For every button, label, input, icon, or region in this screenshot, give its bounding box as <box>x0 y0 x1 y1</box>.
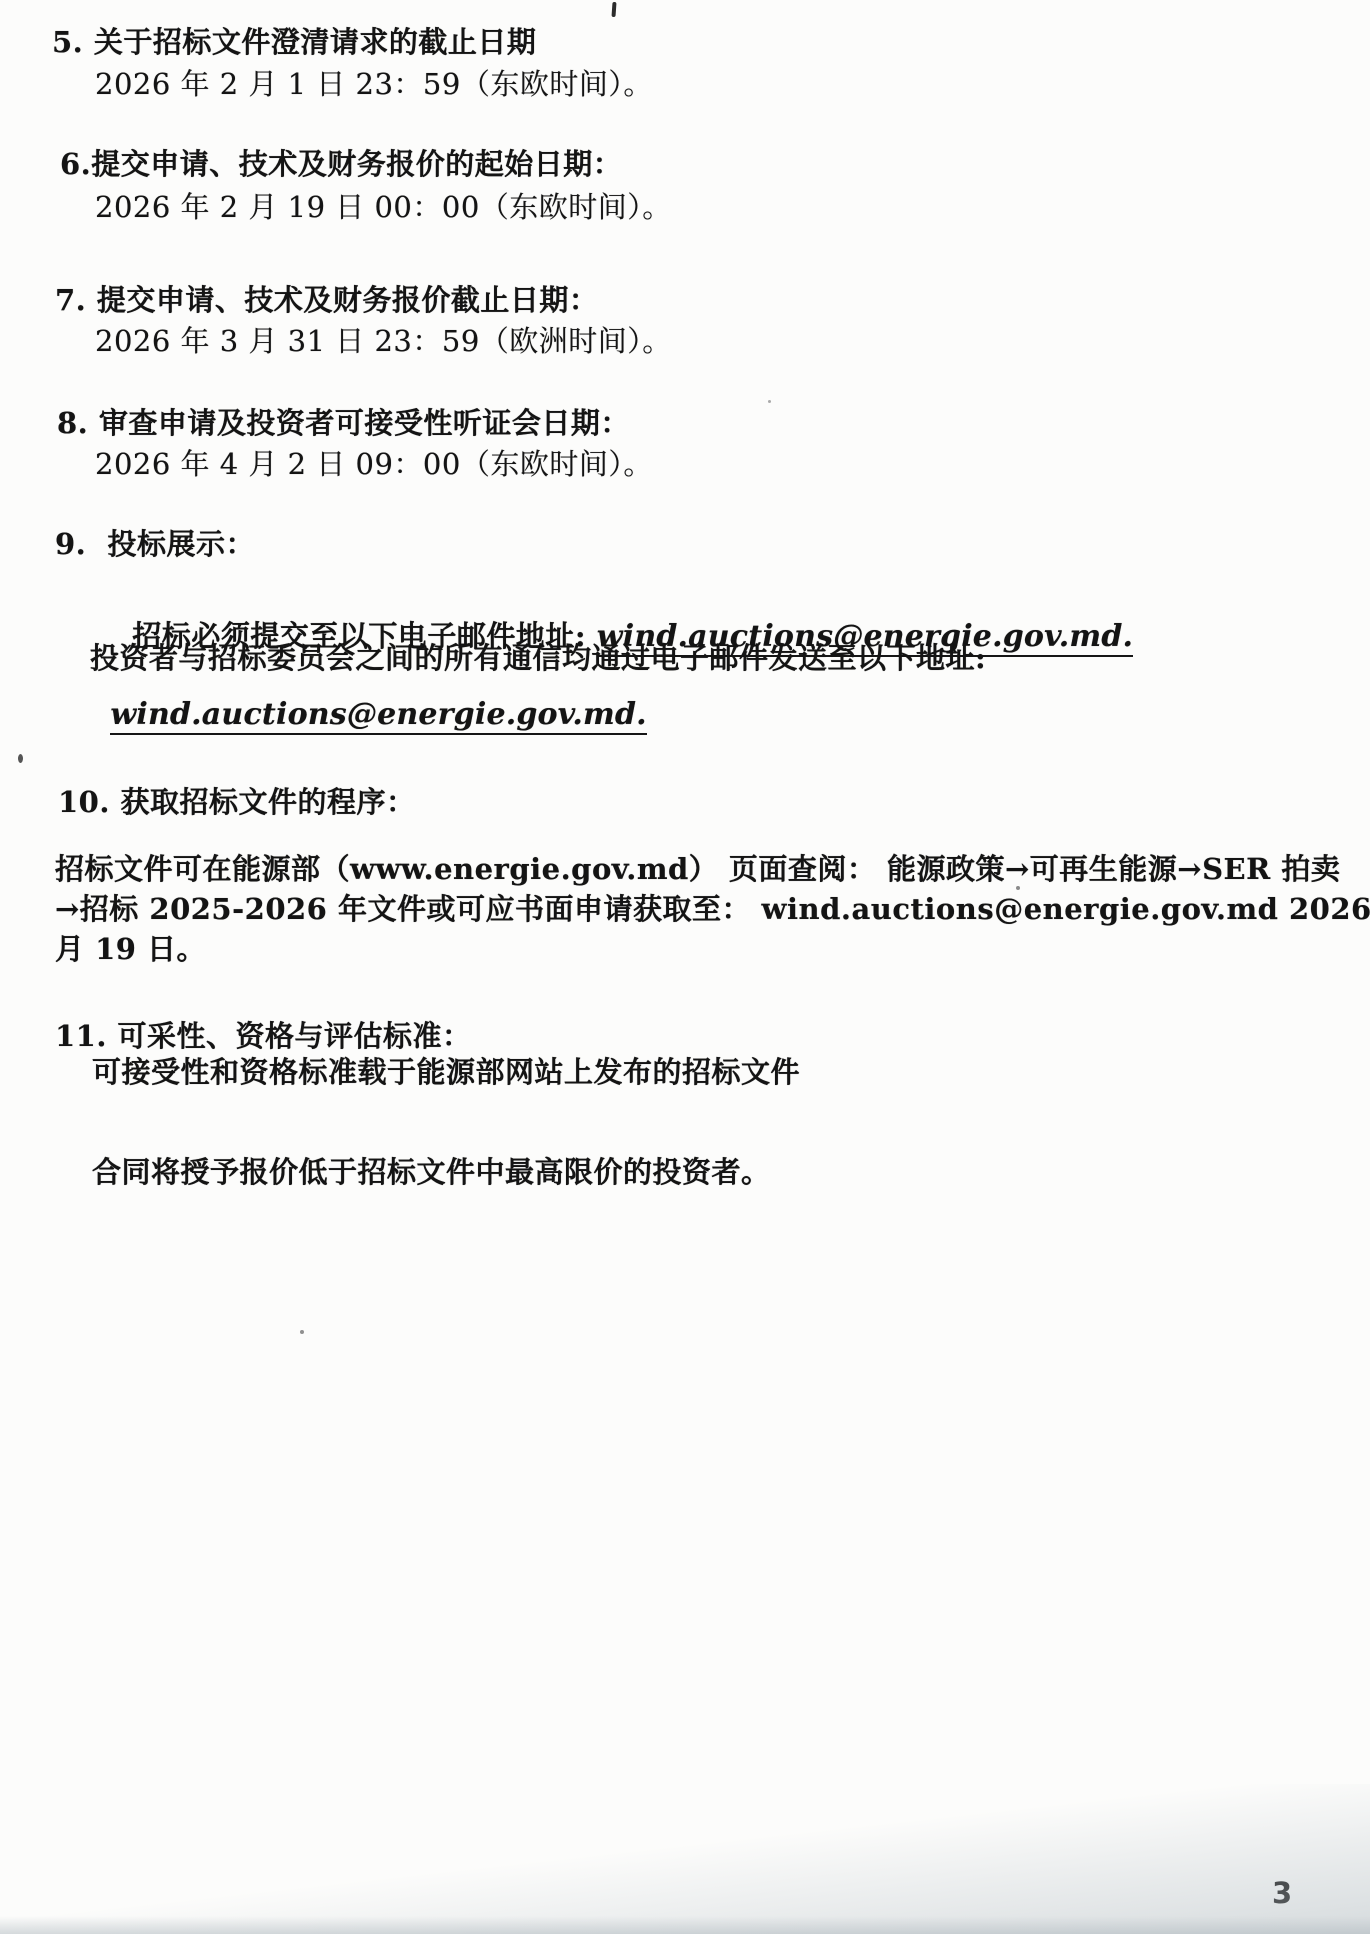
item-8-date: 2026 年 4 月 2 日 09：00（东欧时间）。 <box>95 442 653 483</box>
contract-award-statement: 合同将授予报价低于招标文件中最高限价的投资者。 <box>92 1150 771 1191</box>
item-10-body-line-3: 月 19 日。 <box>55 927 206 968</box>
item-9-heading: 9. 投标展示： <box>55 522 255 563</box>
scanned-document-page: 5. 关于招标文件澄清请求的截止日期 2026 年 2 月 1 日 23：59（… <box>0 0 1370 1934</box>
scan-bottom-shading <box>0 1784 1370 1934</box>
item-8-heading: 8. 审查申请及投资者可接受性听证会日期： <box>57 401 630 442</box>
scan-artifact <box>611 2 616 17</box>
scan-artifact <box>768 400 771 403</box>
item-10-heading: 10. 获取招标文件的程序： <box>58 780 416 821</box>
item-9-communication-line-1: 投资者与招标委员会之间的所有通信均通过电子邮件发送至以下地址: <box>90 636 986 677</box>
page-number: 3 <box>1272 1876 1292 1910</box>
item-6-date: 2026 年 2 月 19 日 00：00（东欧时间）。 <box>95 185 672 226</box>
item-7-heading: 7. 提交申请、技术及财务报价截止日期： <box>55 278 598 319</box>
scan-bottom-edge <box>0 1916 1370 1934</box>
item-10-body-line-1: 招标文件可在能源部（www.energie.gov.md） 页面查阅： 能源政策… <box>55 847 1340 888</box>
scan-artifact <box>300 1330 304 1334</box>
item-11-body: 可接受性和资格标准载于能源部网站上发布的招标文件 <box>92 1050 800 1091</box>
item-10-body-line-2: →招标 2025-2026 年文件或可应书面申请获取至： wind.auctio… <box>55 887 1370 928</box>
item-11-heading: 11. 可采性、资格与评估标准： <box>55 1014 472 1055</box>
communication-email-address: wind.auctions@energie.gov.md. <box>110 697 646 735</box>
item-6-heading: 6.提交申请、技术及财务报价的起始日期： <box>60 142 622 183</box>
item-5-heading: 5. 关于招标文件澄清请求的截止日期 <box>52 20 536 61</box>
item-7-date: 2026 年 3 月 31 日 23：59（欧洲时间）。 <box>95 319 672 360</box>
scan-artifact <box>18 754 23 763</box>
item-5-date: 2026 年 2 月 1 日 23：59（东欧时间）。 <box>95 62 653 103</box>
item-9-communication-line-2: wind.auctions@energie.gov.md. <box>90 678 647 751</box>
